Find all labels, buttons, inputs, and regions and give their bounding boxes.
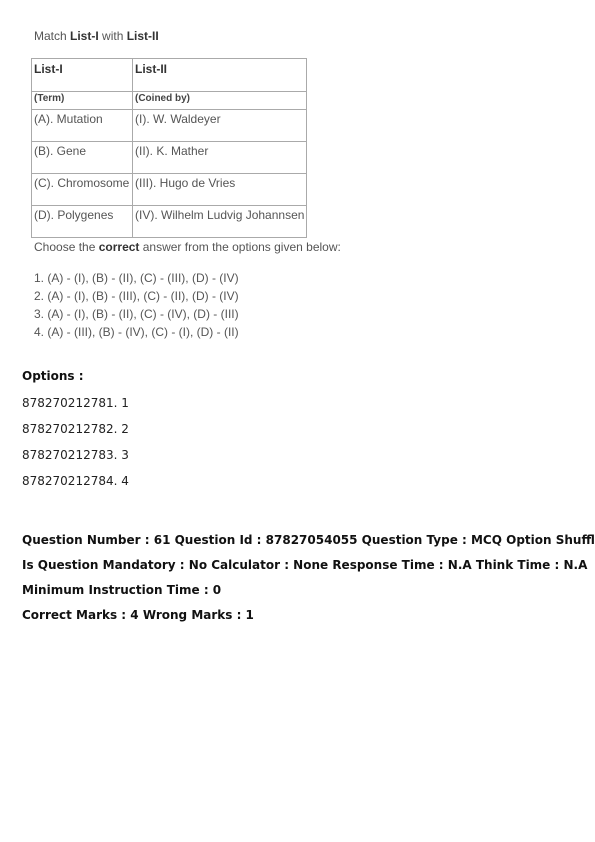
table-row: (A). Mutation (I). W. Waldeyer — [32, 110, 307, 142]
table-cell: (III). Hugo de Vries — [133, 174, 307, 206]
table-cell: (II). K. Mather — [133, 142, 307, 174]
subheader-coined-by: (Coined by) — [133, 92, 307, 110]
meta-line-instruction-time: Minimum Instruction Time : 0 — [22, 582, 592, 607]
answer-choice: 2. (A) - (I), (B) - (III), (C) - (II), (… — [34, 288, 239, 306]
table-cell: (B). Gene — [32, 142, 133, 174]
answer-choices: 1. (A) - (I), (B) - (II), (C) - (III), (… — [34, 270, 239, 342]
intro-text: Match — [34, 29, 70, 43]
intro-text: with — [99, 29, 127, 43]
meta-line-question-info: Question Number : 61 Question Id : 87827… — [22, 532, 592, 557]
meta-line-timing: Is Question Mandatory : No Calculator : … — [22, 557, 592, 582]
table-subheader-row: (Term) (Coined by) — [32, 92, 307, 110]
subheader-term: (Term) — [32, 92, 133, 110]
option-item: 878270212781. 1 — [22, 395, 129, 421]
answer-choice: 4. (A) - (III), (B) - (IV), (C) - (I), (… — [34, 324, 239, 342]
answer-choice: 3. (A) - (I), (B) - (II), (C) - (IV), (D… — [34, 306, 239, 324]
table-cell: (IV). Wilhelm Ludvig Johannsen — [133, 206, 307, 238]
option-item: 878270212782. 2 — [22, 421, 129, 447]
choose-bold: correct — [99, 240, 140, 254]
choose-text: answer from the options given below: — [139, 240, 340, 254]
table-cell: (D). Polygenes — [32, 206, 133, 238]
option-item: 878270212784. 4 — [22, 473, 129, 499]
question-metadata: Question Number : 61 Question Id : 87827… — [22, 532, 592, 632]
options-list: 878270212781. 1 878270212782. 2 87827021… — [22, 395, 129, 499]
answer-choice: 1. (A) - (I), (B) - (II), (C) - (III), (… — [34, 270, 239, 288]
table-cell: (C). Chromosome — [32, 174, 133, 206]
intro-list2: List-II — [127, 29, 159, 43]
question-intro: Match List-I with List-II — [34, 29, 159, 43]
table-row: (D). Polygenes (IV). Wilhelm Ludvig Joha… — [32, 206, 307, 238]
options-title: Options : — [22, 369, 84, 383]
option-item: 878270212783. 3 — [22, 447, 129, 473]
table-header-row: List-I List-II — [32, 59, 307, 92]
match-table: List-I List-II (Term) (Coined by) (A). M… — [31, 58, 307, 238]
header-list2: List-II — [133, 59, 307, 92]
choose-instruction: Choose the correct answer from the optio… — [34, 240, 341, 254]
table-row: (C). Chromosome (III). Hugo de Vries — [32, 174, 307, 206]
header-list1: List-I — [32, 59, 133, 92]
table-cell: (A). Mutation — [32, 110, 133, 142]
choose-text: Choose the — [34, 240, 99, 254]
intro-list1: List-I — [70, 29, 99, 43]
meta-line-marks: Correct Marks : 4 Wrong Marks : 1 — [22, 607, 592, 632]
table-row: (B). Gene (II). K. Mather — [32, 142, 307, 174]
table-cell: (I). W. Waldeyer — [133, 110, 307, 142]
